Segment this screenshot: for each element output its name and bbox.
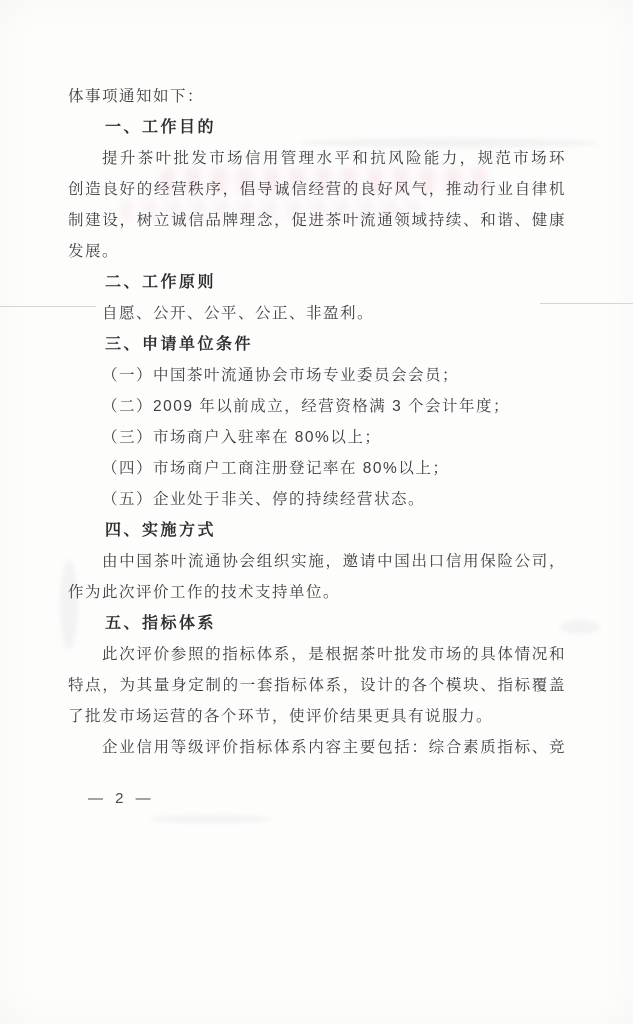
section-heading-4: 四、实施方式	[68, 515, 566, 546]
condition-item-3: （三）市场商户入驻率在 80%以上；	[68, 422, 566, 453]
section-heading-3: 三、申请单位条件	[68, 329, 566, 360]
paragraph-line: 发展。	[68, 236, 566, 267]
paragraph-line: 由中国茶叶流通协会组织实施，邀请中国出口信用保险公司，	[68, 546, 566, 577]
section-heading-1: 一、工作目的	[68, 112, 566, 143]
document-body: 体事项通知如下： 一、工作目的 提升茶叶批发市场信用管理水平和抗风险能力，规范市…	[68, 81, 566, 763]
section-heading-5: 五、指标体系	[68, 608, 566, 639]
condition-item-4: （四）市场商户工商注册登记率在 80%以上；	[68, 453, 566, 484]
paragraph-line: 作为此次评价工作的技术支持单位。	[68, 577, 566, 608]
body-continuation-line: 体事项通知如下：	[68, 81, 566, 112]
scan-smudge	[560, 620, 600, 634]
condition-item-2: （二）2009 年以前成立，经营资格满 3 个会计年度；	[68, 391, 566, 422]
paragraph-line: 制建设，树立诚信品牌理念，促进茶叶流通领域持续、和谐、健康	[68, 205, 566, 236]
condition-item-1: （一）中国茶叶流通协会市场专业委员会会员；	[68, 360, 566, 391]
paragraph-line: 特点，为其量身定制的一套指标体系，设计的各个模块、指标覆盖	[68, 670, 566, 701]
condition-item-5: （五）企业处于非关、停的持续经营状态。	[68, 484, 566, 515]
paragraph-line: 企业信用等级评价指标体系内容主要包括：综合素质指标、竞	[68, 732, 566, 763]
scanned-document-page: 体事项通知如下： 一、工作目的 提升茶叶批发市场信用管理水平和抗风险能力，规范市…	[0, 0, 633, 1024]
page-number: — 2 —	[88, 783, 155, 814]
section-heading-2: 二、工作原则	[68, 267, 566, 298]
paragraph-line: 此次评价参照的指标体系，是根据茶叶批发市场的具体情况和	[68, 639, 566, 670]
paragraph-line: 了批发市场运营的各个环节，使评价结果更具有说服力。	[68, 701, 566, 732]
paragraph-line: 提升茶叶批发市场信用管理水平和抗风险能力，规范市场环境，	[68, 143, 566, 174]
paragraph-line: 创造良好的经营秩序，倡导诚信经营的良好风气，推动行业自律机	[68, 174, 566, 205]
scan-smudge	[150, 815, 270, 823]
paragraph-line: 自愿、公开、公平、公正、非盈利。	[68, 298, 566, 329]
